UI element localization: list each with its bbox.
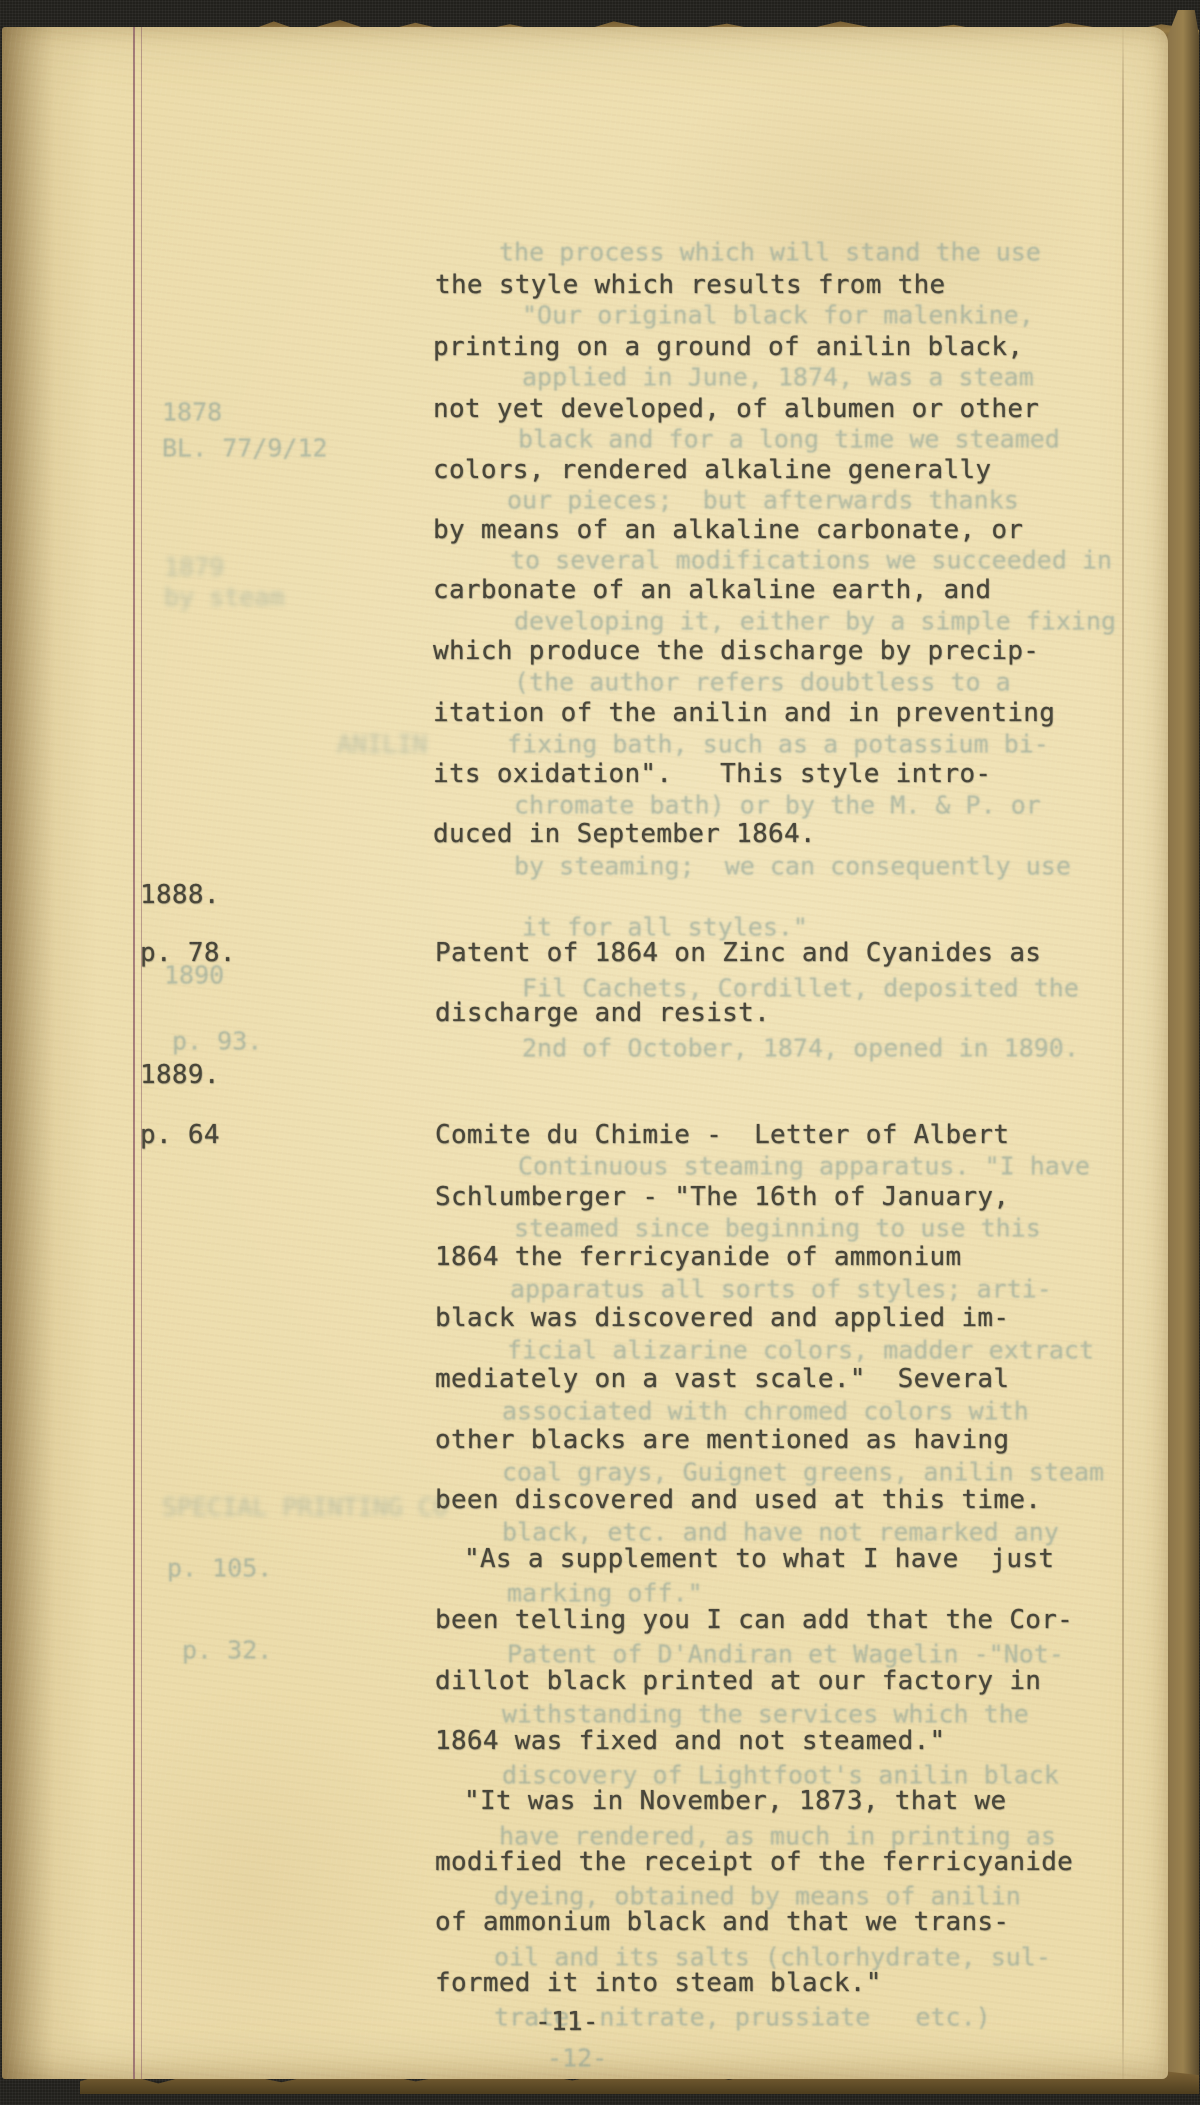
typed-line: Patent of 1864 on Zinc and Cyanides as: [435, 938, 1041, 968]
typed-line: been telling you I can add that the Cor-: [435, 1605, 1073, 1635]
typed-line: itation of the anilin and in preventing: [433, 698, 1055, 728]
typed-line: "It was in November, 1873, that we: [464, 1786, 1006, 1816]
typed-line: discharge and resist.: [435, 998, 770, 1028]
typed-line: modified the receipt of the ferricyanide: [435, 1847, 1073, 1877]
typed-line: its oxidation". This style intro-: [433, 759, 991, 789]
typed-line: Comite du Chimie - Letter of Albert: [435, 1120, 1009, 1150]
typed-line: mediately on a vast scale." Several: [435, 1364, 1009, 1394]
typed-line: black was discovered and applied im-: [435, 1303, 1009, 1333]
typed-line: Schlumberger - "The 16th of January,: [435, 1182, 1009, 1212]
typed-line: colors, rendered alkaline generally: [433, 455, 991, 485]
typed-line: carbonate of an alkaline earth, and: [433, 575, 991, 605]
typed-line: "As a supplement to what I have just: [464, 1544, 1054, 1574]
typed-text-layer: the style which results from theprinting…: [2, 27, 1168, 2079]
typed-line: p. 78.: [140, 938, 236, 968]
typed-line: 1864 was fixed and not steamed.": [435, 1726, 946, 1756]
typed-line: -11-: [535, 2007, 599, 2037]
typed-line: by means of an alkaline carbonate, or: [433, 515, 1023, 545]
typed-line: p. 64: [140, 1120, 220, 1150]
document-page: the process which will stand the use"Our…: [2, 27, 1168, 2079]
typed-line: dillot black printed at our factory in: [435, 1666, 1041, 1696]
typed-line: printing on a ground of anilin black,: [433, 332, 1023, 362]
typed-line: 1888.: [140, 880, 220, 910]
typed-line: the style which results from the: [435, 270, 946, 300]
typed-line: formed it into steam black.": [435, 1968, 882, 1998]
typed-line: other blacks are mentioned as having: [435, 1425, 1009, 1455]
scanned-document-photo: { "document": { "kind": "typewritten man…: [0, 0, 1200, 2105]
typed-line: 1864 the ferricyanide of ammonium: [435, 1242, 961, 1272]
typed-line: 1889.: [140, 1060, 220, 1090]
typed-line: which produce the discharge by precip-: [433, 636, 1039, 666]
typed-line: been discovered and used at this time.: [435, 1485, 1041, 1515]
typed-line: not yet developed, of albumen or other: [433, 394, 1039, 424]
typed-line: of ammonium black and that we trans-: [435, 1907, 1009, 1937]
typed-line: duced in September 1864.: [433, 819, 816, 849]
